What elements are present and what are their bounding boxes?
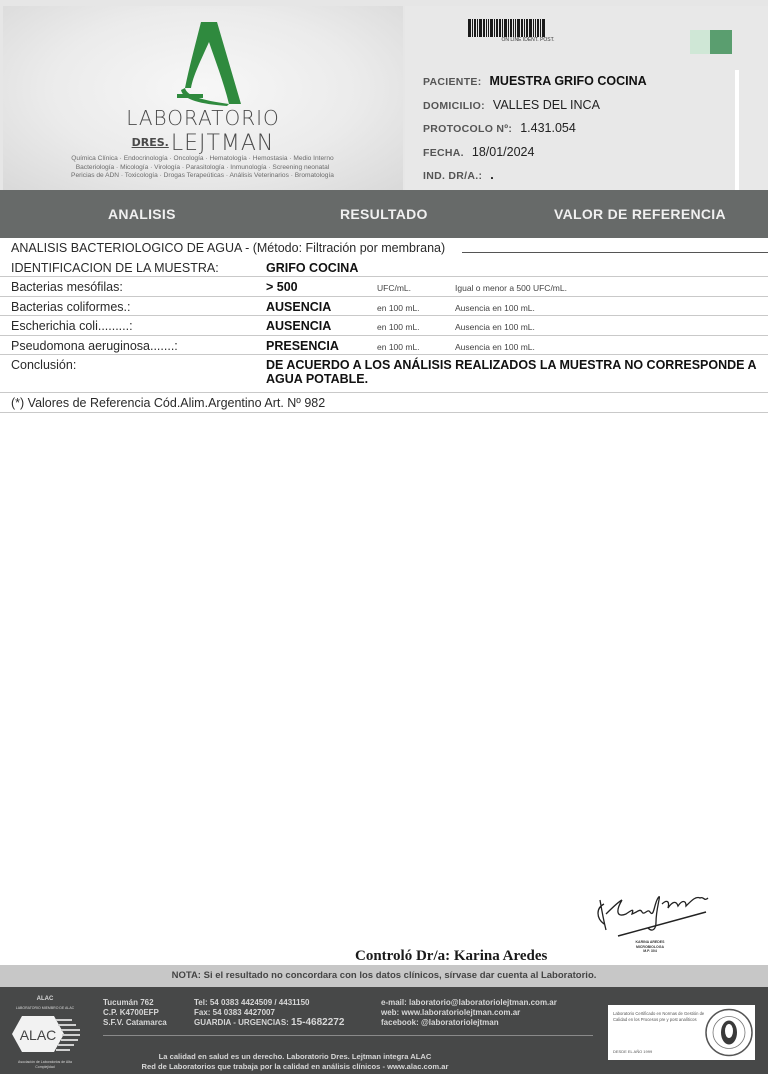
lab-name-line2: DRES.LEJTMAN (3, 131, 403, 156)
footer: ALAC LABORATORIO MIEMBRO DE ALAC ALAC As… (0, 987, 768, 1074)
phone-line[interactable]: Tel: 54 0383 4424509 / 4431150 (194, 998, 344, 1008)
divider (735, 70, 739, 190)
certification-text: Laboratorio Certificado en Normas de Ges… (613, 1011, 705, 1022)
footer-phones: Tel: 54 0383 4424509 / 4431150 Fax: 54 0… (194, 998, 344, 1028)
lab-specialties: Química Clínica · Endocrinología · Oncol… (0, 155, 405, 181)
paciente-value: MUESTRA GRIFO COCINA (490, 74, 647, 88)
paciente-label: PACIENTE: (423, 76, 482, 88)
result-name: Bacterias mesófilas: (11, 280, 123, 294)
barcode-caption: ON LINE IDENT. POST. (468, 37, 588, 43)
signature-icon (582, 878, 712, 938)
footer-note: NOTA: Si el resultado no concordara con … (0, 965, 768, 987)
result-unit: en 100 mL. (377, 322, 420, 332)
specialties-line: Química Clínica · Endocrinología · Oncol… (0, 155, 405, 164)
result-value: AUSENCIA (266, 319, 331, 333)
domicilio-row: DOMICILIO: VALLES DEL INCA (423, 98, 647, 122)
table-row: Bacterias mesófilas:> 500UFC/mL.Igual o … (0, 277, 768, 297)
footer-divider (103, 1035, 593, 1036)
conclusion-label: Conclusión: (11, 358, 76, 372)
result-unit: en 100 mL. (377, 342, 420, 352)
slogan-line: La calidad en salud es un derecho. Labor… (100, 1052, 490, 1062)
method-title: ANALISIS BACTERIOLOGICO DE AGUA - (Métod… (11, 241, 445, 255)
certification-seal-icon (704, 1007, 754, 1058)
signature-stamp: KARINA AREDES MICROBIOLOGA M.P. 304 (620, 940, 680, 954)
result-unit: en 100 mL. (377, 303, 420, 313)
result-reference: Ausencia en 100 mL. (455, 303, 535, 313)
address-line: S.F.V. Catamarca (103, 1018, 167, 1028)
ind-label: IND. DR/A.: (423, 170, 482, 182)
protocolo-value: 1.431.054 (520, 121, 576, 135)
identification-row: IDENTIFICACION DE LA MUESTRA: GRIFO COCI… (0, 258, 768, 278)
footer-slogan: La calidad en salud es un derecho. Labor… (100, 1052, 490, 1071)
result-value: AUSENCIA (266, 300, 331, 314)
domicilio-value: VALLES DEL INCA (493, 98, 600, 112)
lab-name-lejtman: LEJTMAN (171, 131, 275, 156)
footer-contact: e-mail: laboratorio@laboratoriolejtman.c… (381, 998, 557, 1028)
report-header: LABORATORIO DRES.LEJTMAN Química Clínica… (0, 0, 768, 190)
svg-text:ALAC: ALAC (20, 1027, 57, 1043)
result-rows: Bacterias mesófilas:> 500UFC/mL.Igual o … (0, 277, 768, 355)
protocolo-label: PROTOCOLO Nº: (423, 123, 512, 135)
patient-row: PACIENTE: MUESTRA GRIFO COCINA (423, 74, 647, 98)
identification-value: GRIFO COCINA (266, 261, 358, 275)
reference-note-row: (*) Valores de Referencia Cód.Alim.Argen… (0, 393, 768, 413)
footer-address: Tucumán 762 C.P. K4700EFP S.F.V. Catamar… (103, 998, 167, 1028)
address-line: Tucumán 762 (103, 998, 167, 1008)
alac-caption: Asociación de Laboratorios de Alta Compl… (8, 1060, 82, 1070)
guardia-line: GUARDIA - URGENCIAS: 15-4682272 (194, 1018, 344, 1028)
alac-title: ALAC (10, 996, 80, 1002)
conclusion-row: Conclusión: DE ACUERDO A LOS ANÁLISIS RE… (0, 355, 768, 393)
guardia-label: GUARDIA - URGENCIAS: (194, 1018, 289, 1027)
address-line: C.P. K4700EFP (103, 1008, 167, 1018)
lab-name-line1: LABORATORIO (3, 106, 403, 130)
result-name: Pseudomona aeruginosa.......: (11, 339, 178, 353)
method-underline (462, 252, 768, 253)
patient-panel: ON LINE IDENT. POST. PACIENTE: MUESTRA G… (405, 6, 768, 190)
result-name: Escherichia coli.........: (11, 319, 133, 333)
table-row: Escherichia coli.........:AUSENCIAen 100… (0, 316, 768, 336)
table-row: Bacterias coliformes.:AUSENCIAen 100 mL.… (0, 297, 768, 317)
results-table: ANALISIS BACTERIOLOGICO DE AGUA - (Métod… (0, 238, 768, 413)
result-value: PRESENCIA (266, 339, 339, 353)
protocolo-row: PROTOCOLO Nº: 1.431.054 (423, 121, 647, 145)
column-valor-referencia: VALOR DE REFERENCIA (554, 206, 726, 222)
result-name: Bacterias coliformes.: (11, 300, 130, 314)
fecha-label: FECHA. (423, 147, 464, 159)
fecha-row: FECHA. 18/01/2024 (423, 145, 647, 169)
patient-info: PACIENTE: MUESTRA GRIFO COCINA DOMICILIO… (423, 74, 647, 192)
slogan-line[interactable]: Red de Laboratorios que trabaja por la c… (100, 1062, 490, 1072)
reference-note: (*) Valores de Referencia Cód.Alim.Argen… (11, 396, 325, 410)
guardia-number[interactable]: 15-4682272 (291, 1017, 344, 1028)
certification-year: DESDE EL AÑO 1999 (613, 1049, 652, 1054)
stamp-line: M.P. 304 (620, 949, 680, 954)
column-analisis: ANALISIS (108, 206, 176, 222)
email-link[interactable]: e-mail: laboratorio@laboratoriolejtman.c… (381, 998, 557, 1008)
facebook-link[interactable]: facebook: @laboratoriolejtman (381, 1018, 557, 1028)
certification-box: Laboratorio Certificado en Normas de Ges… (608, 1005, 755, 1060)
table-row: Pseudomona aeruginosa.......:PRESENCIAen… (0, 336, 768, 356)
barcode (468, 19, 588, 37)
web-link[interactable]: web: www.laboratoriolejtman.com.ar (381, 1008, 557, 1018)
fecha-value: 18/01/2024 (472, 145, 535, 159)
domicilio-label: DOMICILIO: (423, 100, 485, 112)
ind-row: IND. DR/A.: . (423, 168, 647, 192)
lab-name-dres: DRES. (132, 136, 169, 149)
result-reference: Igual o menor a 500 UFC/mL. (455, 283, 567, 293)
method-row: ANALISIS BACTERIOLOGICO DE AGUA - (Métod… (0, 238, 768, 258)
result-unit: UFC/mL. (377, 283, 411, 293)
conclusion-text: DE ACUERDO A LOS ANÁLISIS REALIZADOS LA … (266, 358, 761, 386)
alac-logo-icon: ALAC (10, 1012, 82, 1056)
column-header-bar: ANALISIS RESULTADO VALOR DE REFERENCIA (0, 190, 768, 238)
result-reference: Ausencia en 100 mL. (455, 342, 535, 352)
column-resultado: RESULTADO (340, 206, 428, 222)
specialties-line: Pericias de ADN · Toxicología · Drogas T… (0, 172, 405, 181)
controlled-by: Controló Dr/a: Karina Aredes (355, 948, 547, 965)
specialties-line: Bacteriología · Micología · Virología · … (0, 164, 405, 173)
result-value: > 500 (266, 280, 298, 294)
lab-logo-icon (171, 20, 243, 106)
identification-label: IDENTIFICACION DE LA MUESTRA: (11, 261, 219, 275)
ind-value: . (490, 168, 493, 182)
result-reference: Ausencia en 100 mL. (455, 322, 535, 332)
alac-subtitle: LABORATORIO MIEMBRO DE ALAC (8, 1006, 82, 1010)
status-badge (690, 30, 740, 54)
